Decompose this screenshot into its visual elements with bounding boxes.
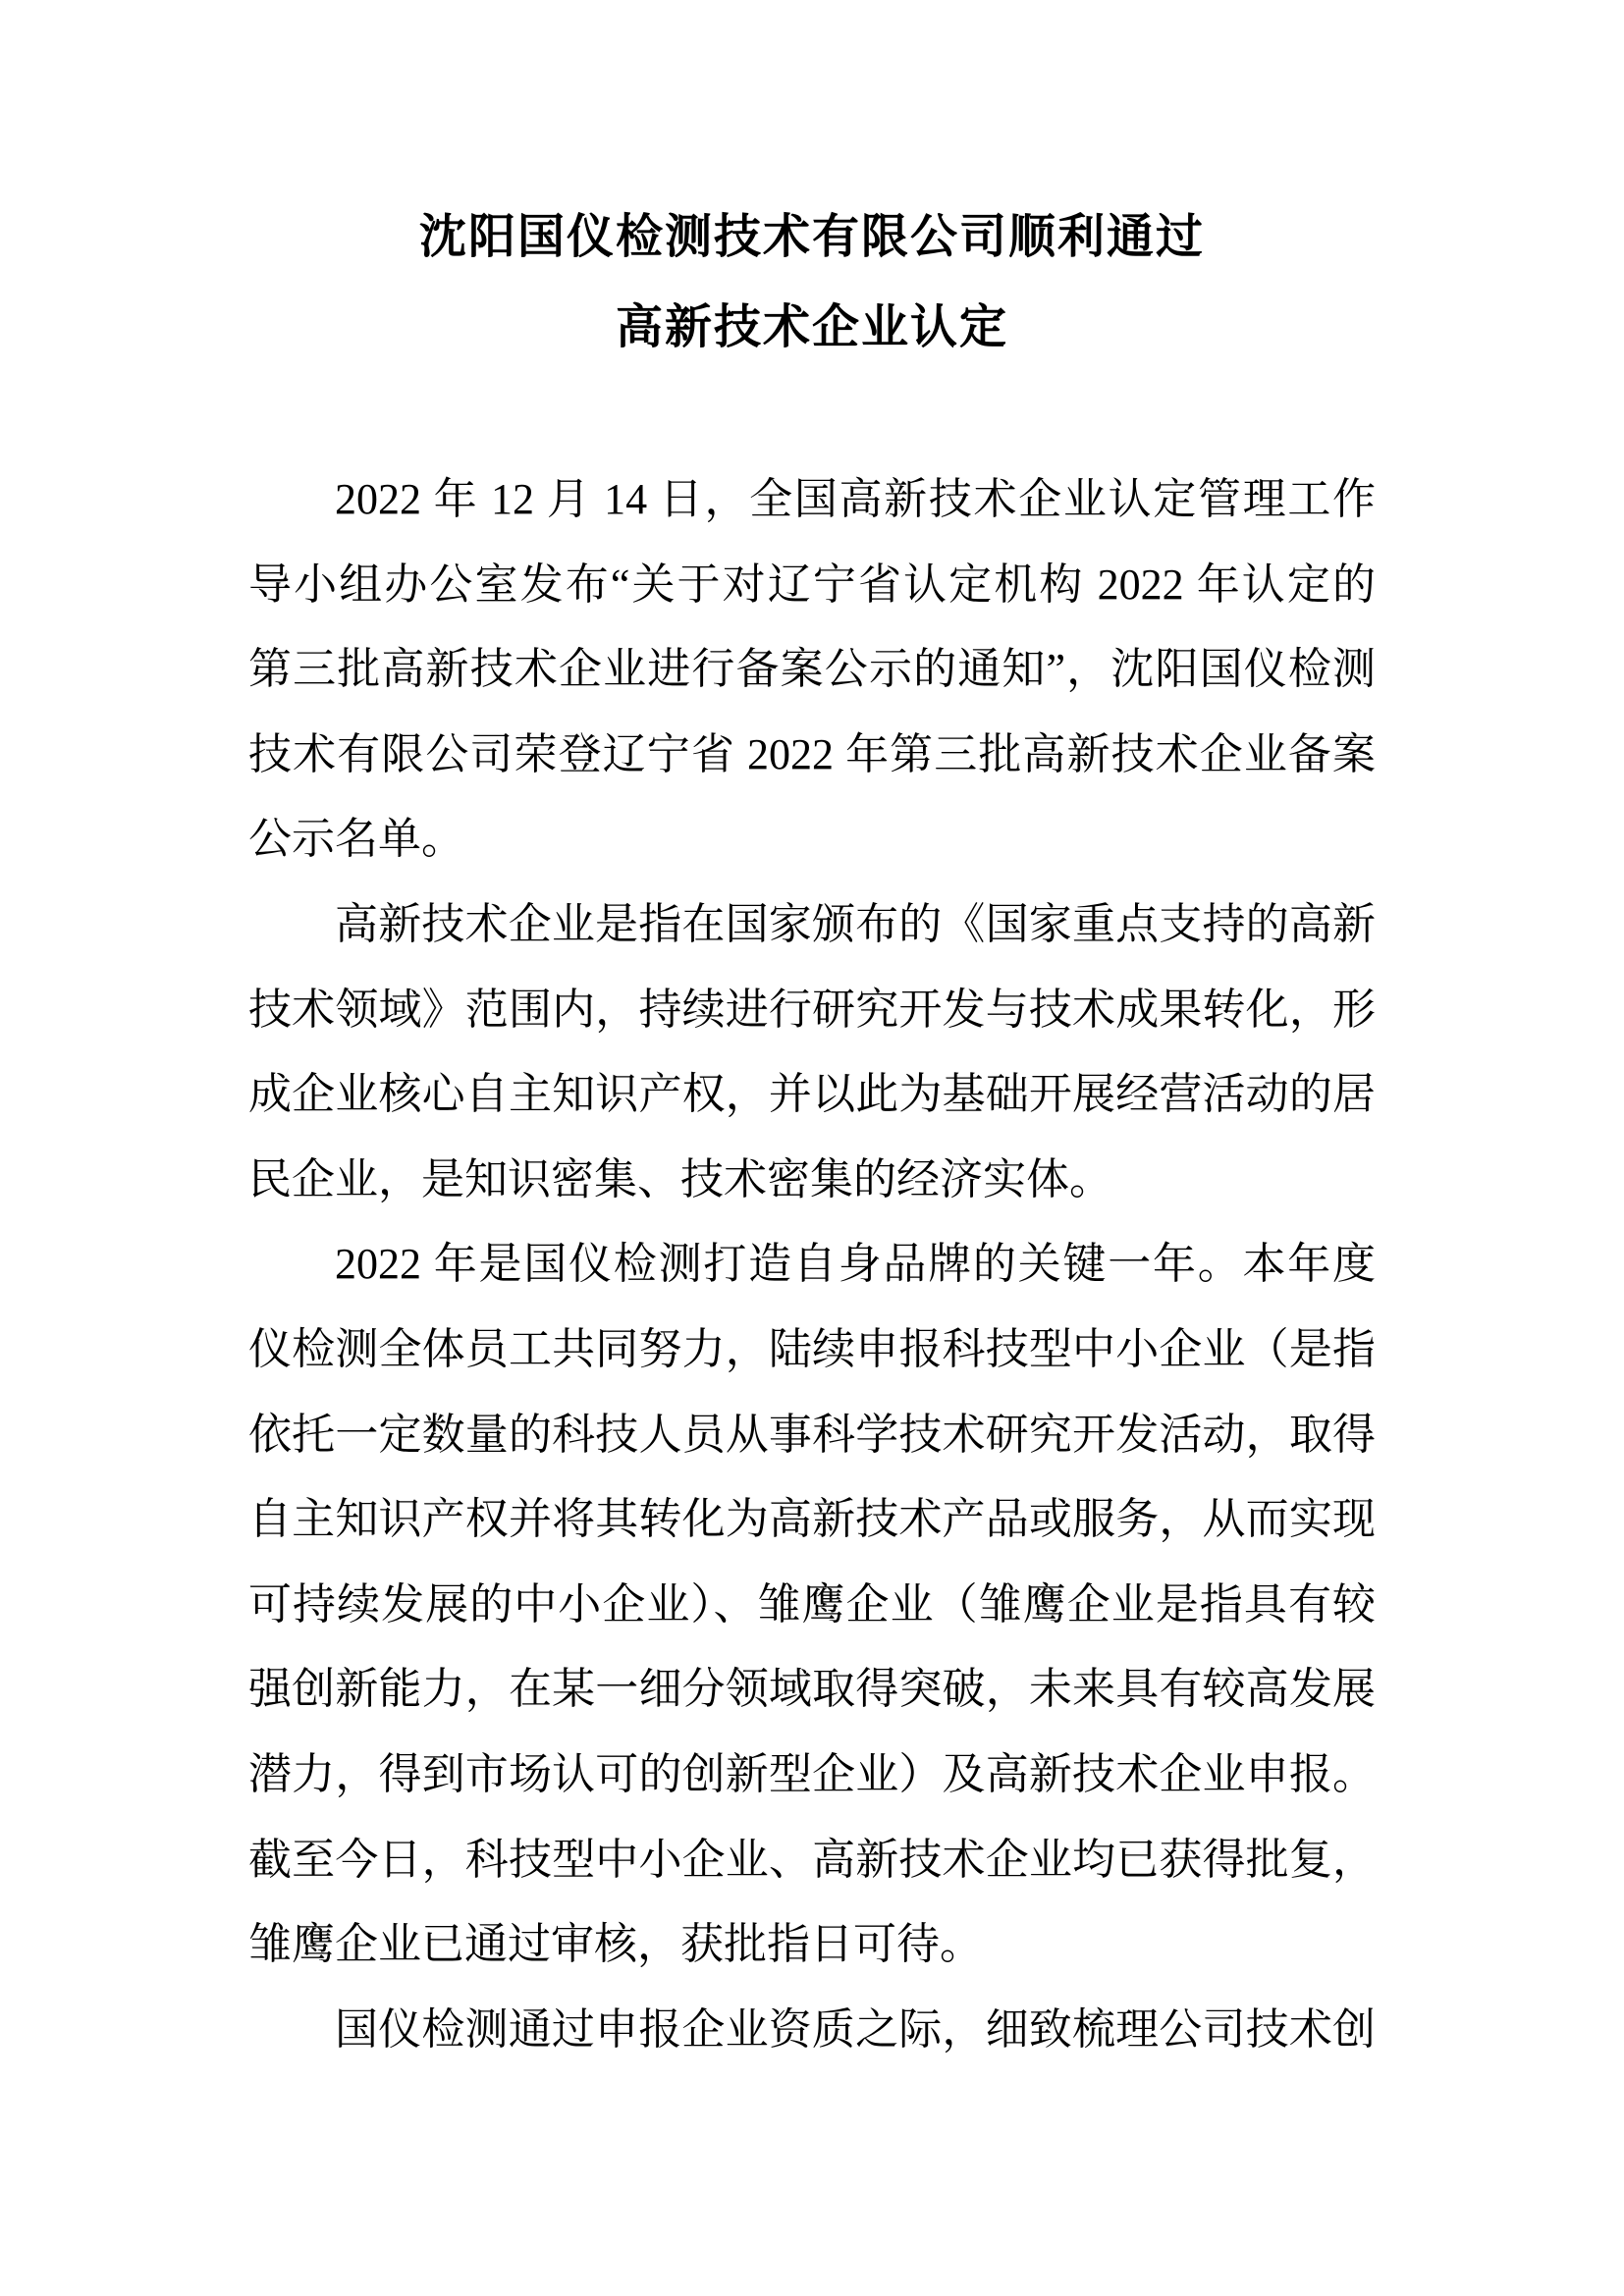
doc-body: 2022 年 12 月 14 日，全国高新技术企业认定管理工作领 导小组办公室发… bbox=[248, 457, 1376, 2072]
text-line: 成企业核心自主知识产权，并以此为基础开展经营活动的居 bbox=[248, 1052, 1376, 1138]
doc-title-line-1: 沈阳国仪检测技术有限公司顺利通过 bbox=[0, 192, 1624, 283]
text-line: 截至今日，科技型中小企业、高新技术企业均已获得批复， bbox=[248, 1818, 1376, 1903]
text-line: 第三批高新技术企业进行备案公示的通知”，沈阳国仪检测 bbox=[248, 627, 1376, 713]
document-page: 沈阳国仪检测技术有限公司顺利通过 高新技术企业认定 2022 年 12 月 14… bbox=[0, 0, 1624, 2296]
paragraph-4: 国仪检测通过申报企业资质之际，细致梳理公司技术创 bbox=[248, 1988, 1376, 2073]
paragraph-1: 2022 年 12 月 14 日，全国高新技术企业认定管理工作领 导小组办公室发… bbox=[248, 457, 1376, 882]
text-line: 可持续发展的中小企业）、雏鹰企业（雏鹰企业是指具有较 bbox=[248, 1563, 1376, 1648]
text-line: 仪检测全体员工共同努力，陆续申报科技型中小企业（是指 bbox=[248, 1308, 1376, 1393]
paragraph-3: 2022 年是国仪检测打造自身品牌的关键一年。本年度国 仪检测全体员工共同努力，… bbox=[248, 1222, 1376, 1987]
doc-title: 沈阳国仪检测技术有限公司顺利通过 高新技术企业认定 bbox=[0, 192, 1624, 373]
text-line: 自主知识产权并将其转化为高新技术产品或服务，从而实现 bbox=[248, 1477, 1376, 1563]
text-line: 技术领域》范围内，持续进行研究开发与技术成果转化，形 bbox=[248, 968, 1376, 1053]
text-line: 国仪检测通过申报企业资质之际，细致梳理公司技术创 bbox=[248, 1988, 1376, 2073]
text-line: 潜力，得到市场认可的创新型企业）及高新技术企业申报。 bbox=[248, 1733, 1376, 1818]
doc-title-line-2: 高新技术企业认定 bbox=[0, 283, 1624, 373]
text-line: 民企业，是知识密集、技术密集的经济实体。 bbox=[248, 1138, 1376, 1223]
paragraph-2: 高新技术企业是指在国家颁布的《国家重点支持的高新 技术领域》范围内，持续进行研究… bbox=[248, 882, 1376, 1222]
text-line: 高新技术企业是指在国家颁布的《国家重点支持的高新 bbox=[248, 882, 1376, 968]
text-line: 导小组办公室发布“关于对辽宁省认定机构 2022 年认定的 bbox=[248, 543, 1376, 628]
text-line: 强创新能力，在某一细分领域取得突破，未来具有较高发展 bbox=[248, 1647, 1376, 1733]
text-line: 技术有限公司荣登辽宁省 2022 年第三批高新技术企业备案 bbox=[248, 713, 1376, 798]
text-line: 依托一定数量的科技人员从事科学技术研究开发活动，取得 bbox=[248, 1393, 1376, 1478]
text-line: 2022 年 12 月 14 日，全国高新技术企业认定管理工作领 bbox=[248, 457, 1376, 543]
text-line: 公示名单。 bbox=[248, 797, 1376, 882]
text-line: 2022 年是国仪检测打造自身品牌的关键一年。本年度国 bbox=[248, 1222, 1376, 1308]
text-line: 雏鹰企业已通过审核，获批指日可待。 bbox=[248, 1902, 1376, 1988]
